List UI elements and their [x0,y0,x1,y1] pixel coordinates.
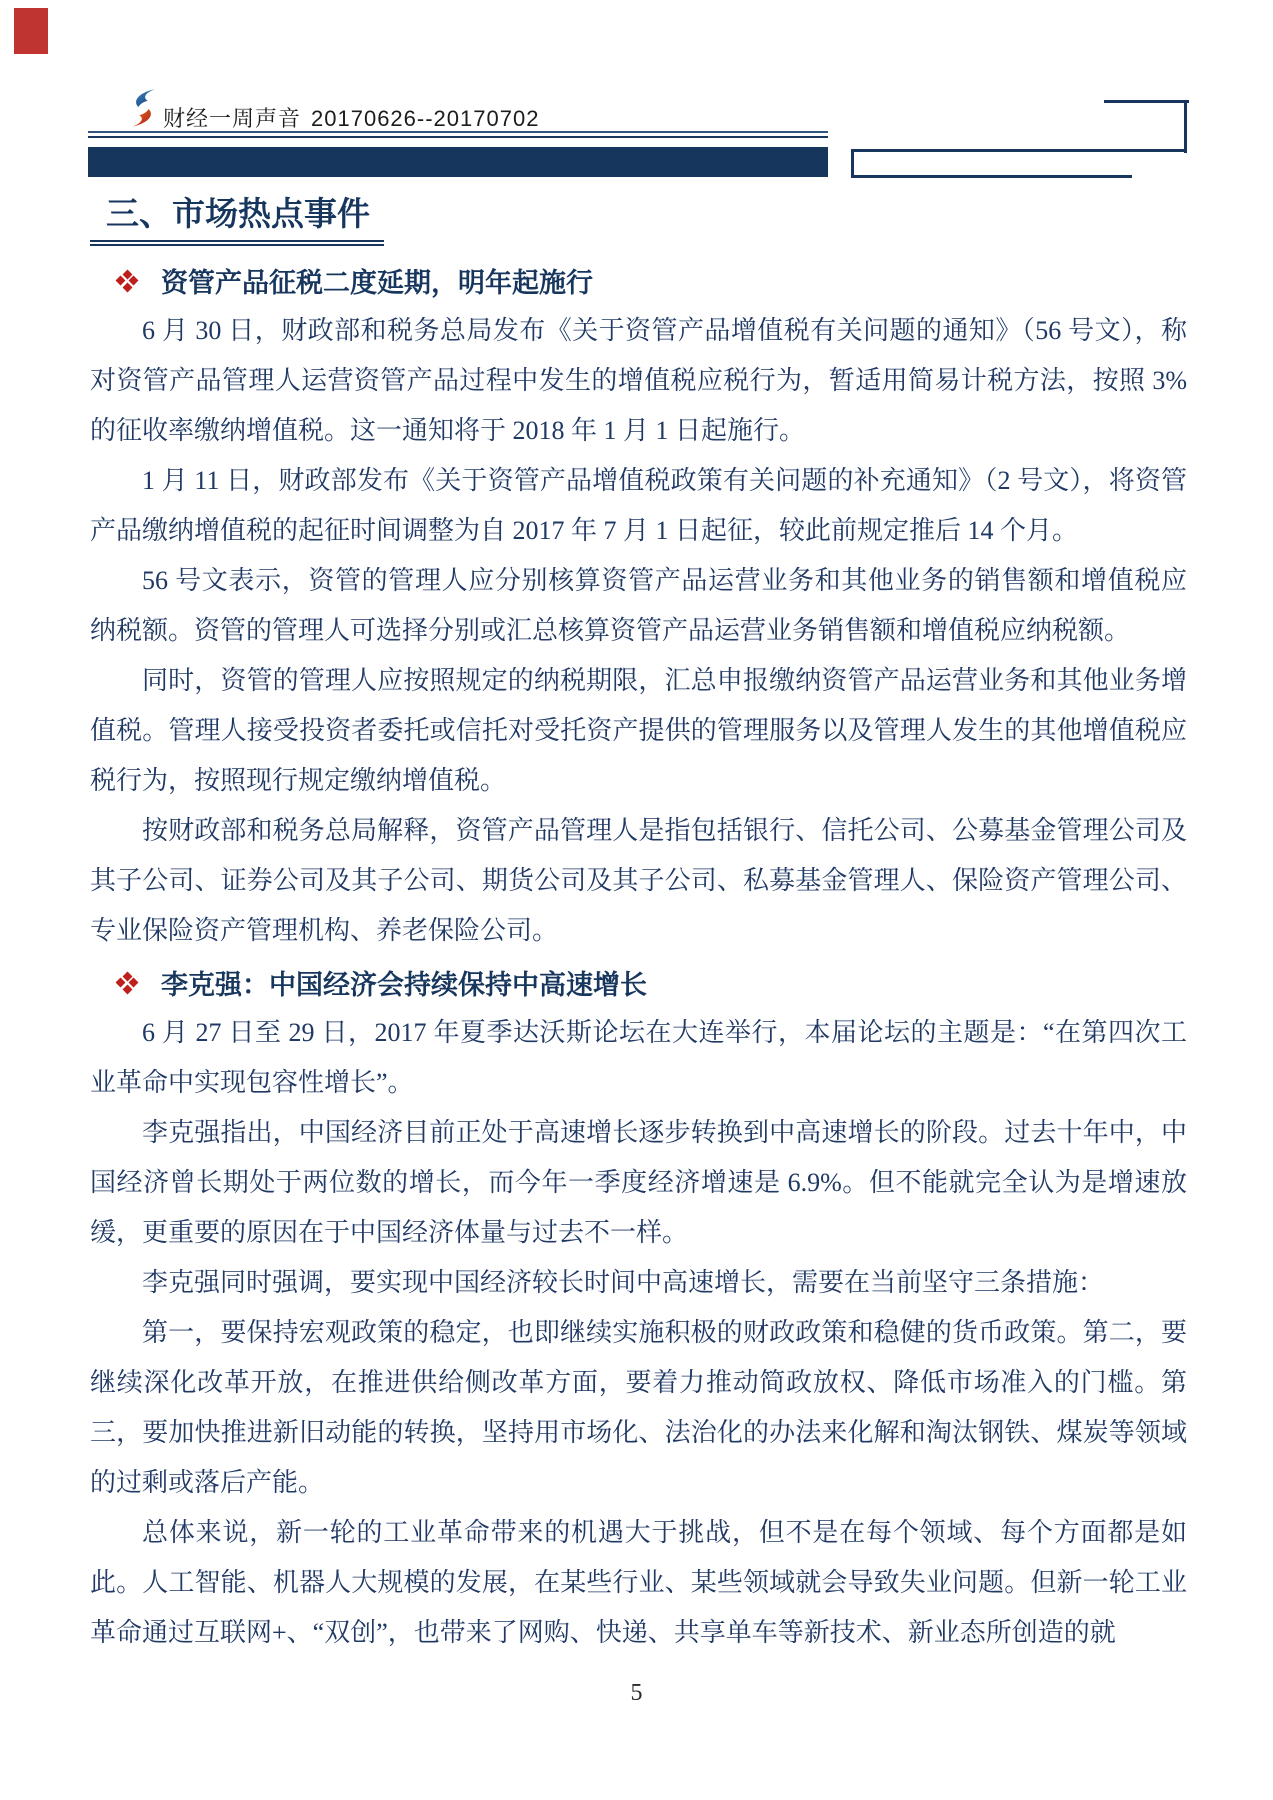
corner-outline-decoration [851,175,1132,178]
report-date-range: 20170626--20170702 [311,106,539,131]
page-number: 5 [0,1680,1273,1707]
paragraph: 李克强指出，中国经济目前正处于高速增长逐步转换到中高速增长的阶段。过去十年中，中… [90,1108,1187,1258]
page-content: 三、市场热点事件 资管产品征税二度延期，明年起施行 6 月 30 日，财政部和税… [90,196,1187,1658]
article-title: 资管产品征税二度延期，明年起施行 [161,261,593,300]
header-double-rule [88,131,828,138]
paragraph: 总体来说，新一轮的工业革命带来的机遇大于挑战，但不是在每个领域、每个方面都是如此… [90,1508,1187,1658]
brand-logo-icon [130,88,157,128]
paragraph: 同时，资管的管理人应按照规定的纳税期限，汇总申报缴纳资管产品运营业务和其他业务增… [90,656,1187,806]
corner-outline-decoration [1104,100,1189,103]
article-title-row: 李克强：中国经济会持续保持中高速增长 [90,962,1187,1004]
diamond-bullet-icon [117,973,137,993]
article-title-row: 资管产品征税二度延期，明年起施行 [90,260,1187,302]
corner-outline-decoration [851,149,854,178]
report-name: 财经一周声音 [163,106,301,131]
red-corner-tag [14,8,48,54]
article-title: 李克强：中国经济会持续保持中高速增长 [161,963,647,1002]
article-1: 资管产品征税二度延期，明年起施行 6 月 30 日，财政部和税务总局发布《关于资… [90,260,1187,956]
diamond-bullet-icon [117,271,137,291]
document-page: 财经一周声音20170626--20170702 三、市场热点事件 资管产品征税… [0,0,1273,1800]
paragraph: 第一，要保持宏观政策的稳定，也即继续实施积极的财政政策和稳健的货币政策。第二，要… [90,1308,1187,1508]
paragraph: 6 月 30 日，财政部和税务总局发布《关于资管产品增值税有关问题的通知》（56… [90,306,1187,456]
paragraph: 6 月 27 日至 29 日，2017 年夏季达沃斯论坛在大连举行，本届论坛的主… [90,1008,1187,1108]
corner-outline-decoration [851,149,1187,152]
header-title: 财经一周声音20170626--20170702 [163,102,539,133]
article-2: 李克强：中国经济会持续保持中高速增长 6 月 27 日至 29 日，2017 年… [90,962,1187,1658]
section-heading: 三、市场热点事件 [90,196,1187,246]
paragraph: 李克强同时强调，要实现中国经济较长时间中高速增长，需要在当前坚守三条措施： [90,1258,1187,1308]
navy-banner-bar [88,147,828,177]
paragraph: 按财政部和税务总局解释，资管产品管理人是指包括银行、信托公司、公募基金管理公司及… [90,806,1187,956]
paragraph: 1 月 11 日，财政部发布《关于资管产品增值税政策有关问题的补充通知》（2 号… [90,456,1187,556]
paragraph: 56 号文表示，资管的管理人应分别核算资管产品运营业务和其他业务的销售额和增值税… [90,556,1187,656]
corner-outline-decoration [1184,100,1187,153]
section-heading-text: 三、市场热点事件 [90,196,384,246]
